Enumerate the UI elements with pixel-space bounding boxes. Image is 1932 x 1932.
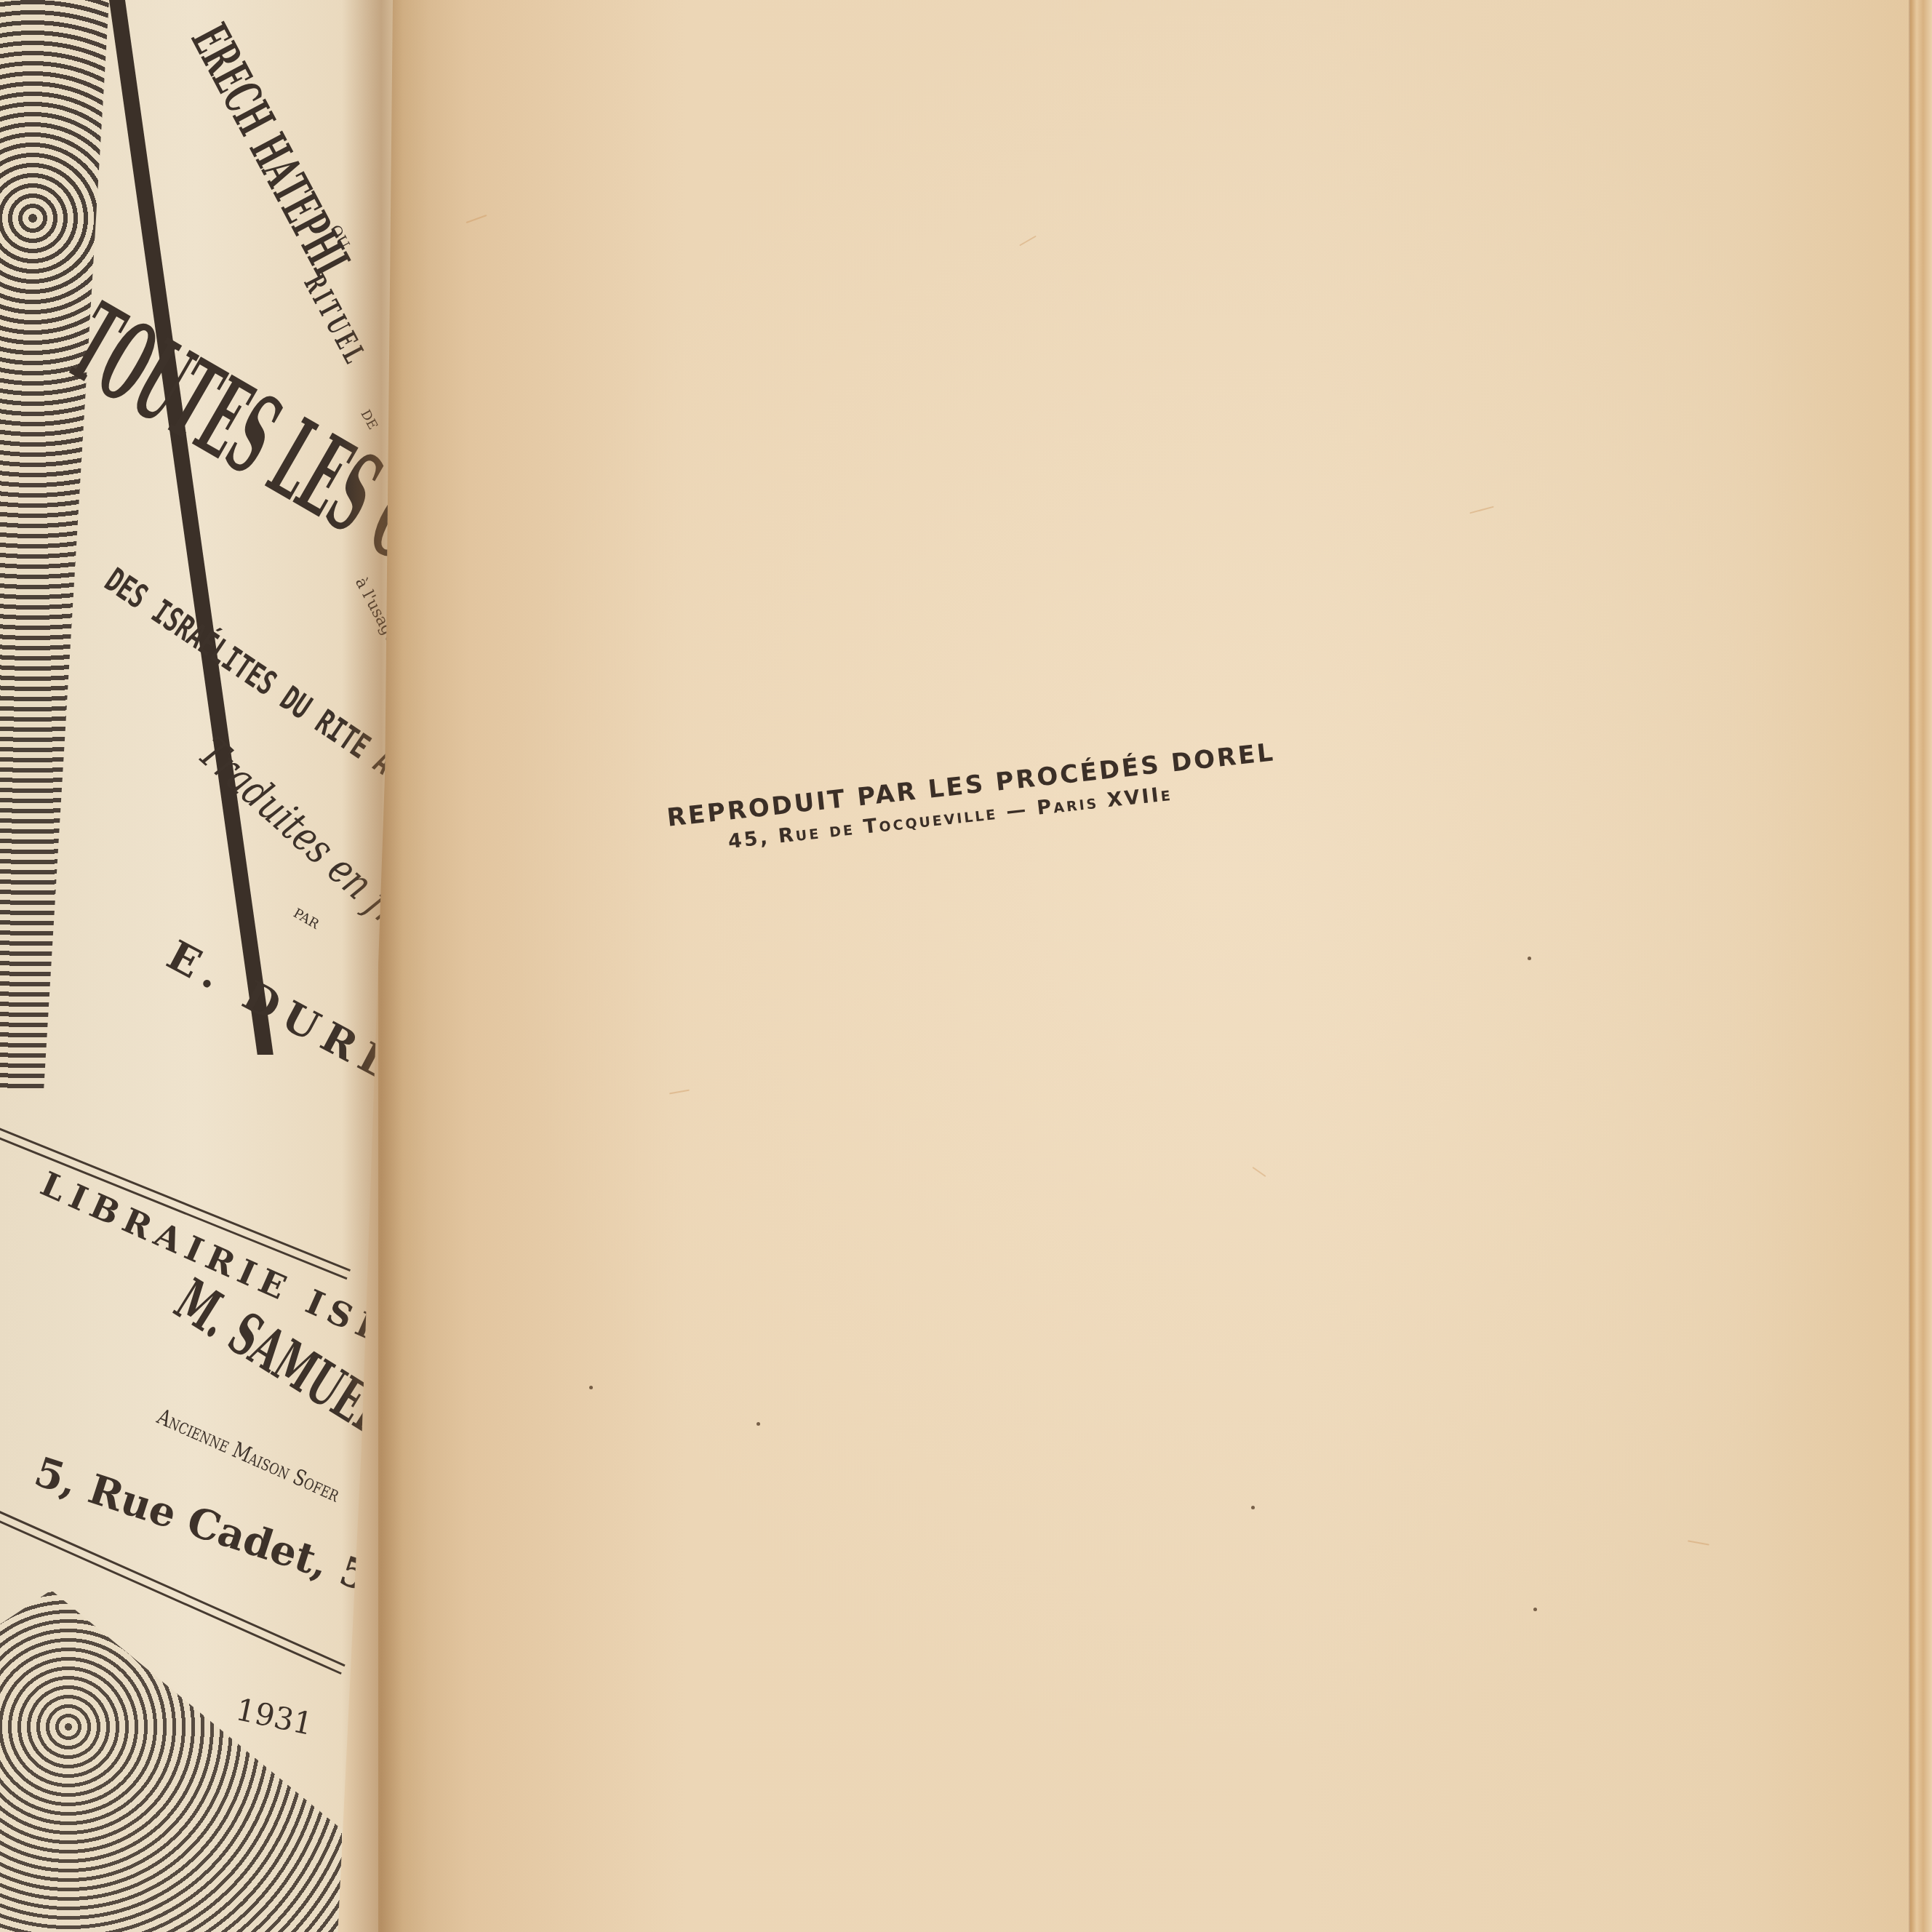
paper-fiber [1469, 506, 1493, 514]
page-edges [1909, 0, 1932, 1932]
left-page-title: ERECH HATEPHI OU RITUEL DE TOUTES LES GR… [0, 0, 393, 1932]
paper-fiber [669, 1090, 690, 1095]
author-name: E. DURLACHE [159, 931, 393, 1172]
paper-speck [1528, 957, 1531, 960]
book-spread: REPRODUIT PAR LES PROCÉDÉS DOREL 45, Rue… [0, 0, 1932, 1932]
paper-speck [1251, 1506, 1255, 1509]
publication-year: 1931 [233, 1691, 316, 1742]
paper-speck [1533, 1608, 1537, 1611]
publisher-address: 5, Rue Cadet, 5 - P [29, 1448, 393, 1624]
title-rituel: RITUEL [298, 269, 373, 371]
title-par: PAR [291, 906, 322, 933]
ornament-border-icon [0, 0, 109, 1091]
right-page: REPRODUIT PAR LES PROCÉDÉS DOREL 45, Rue… [378, 0, 1913, 1932]
printer-imprint: REPRODUIT PAR LES PROCÉDÉS DOREL 45, Rue… [666, 709, 1539, 859]
paper-fiber [1252, 1167, 1266, 1177]
paper-fiber [466, 215, 487, 223]
paper-speck [757, 1422, 760, 1426]
paper-fiber [1019, 236, 1037, 247]
paper-speck [589, 1386, 593, 1389]
paper-fiber [1688, 1540, 1709, 1545]
